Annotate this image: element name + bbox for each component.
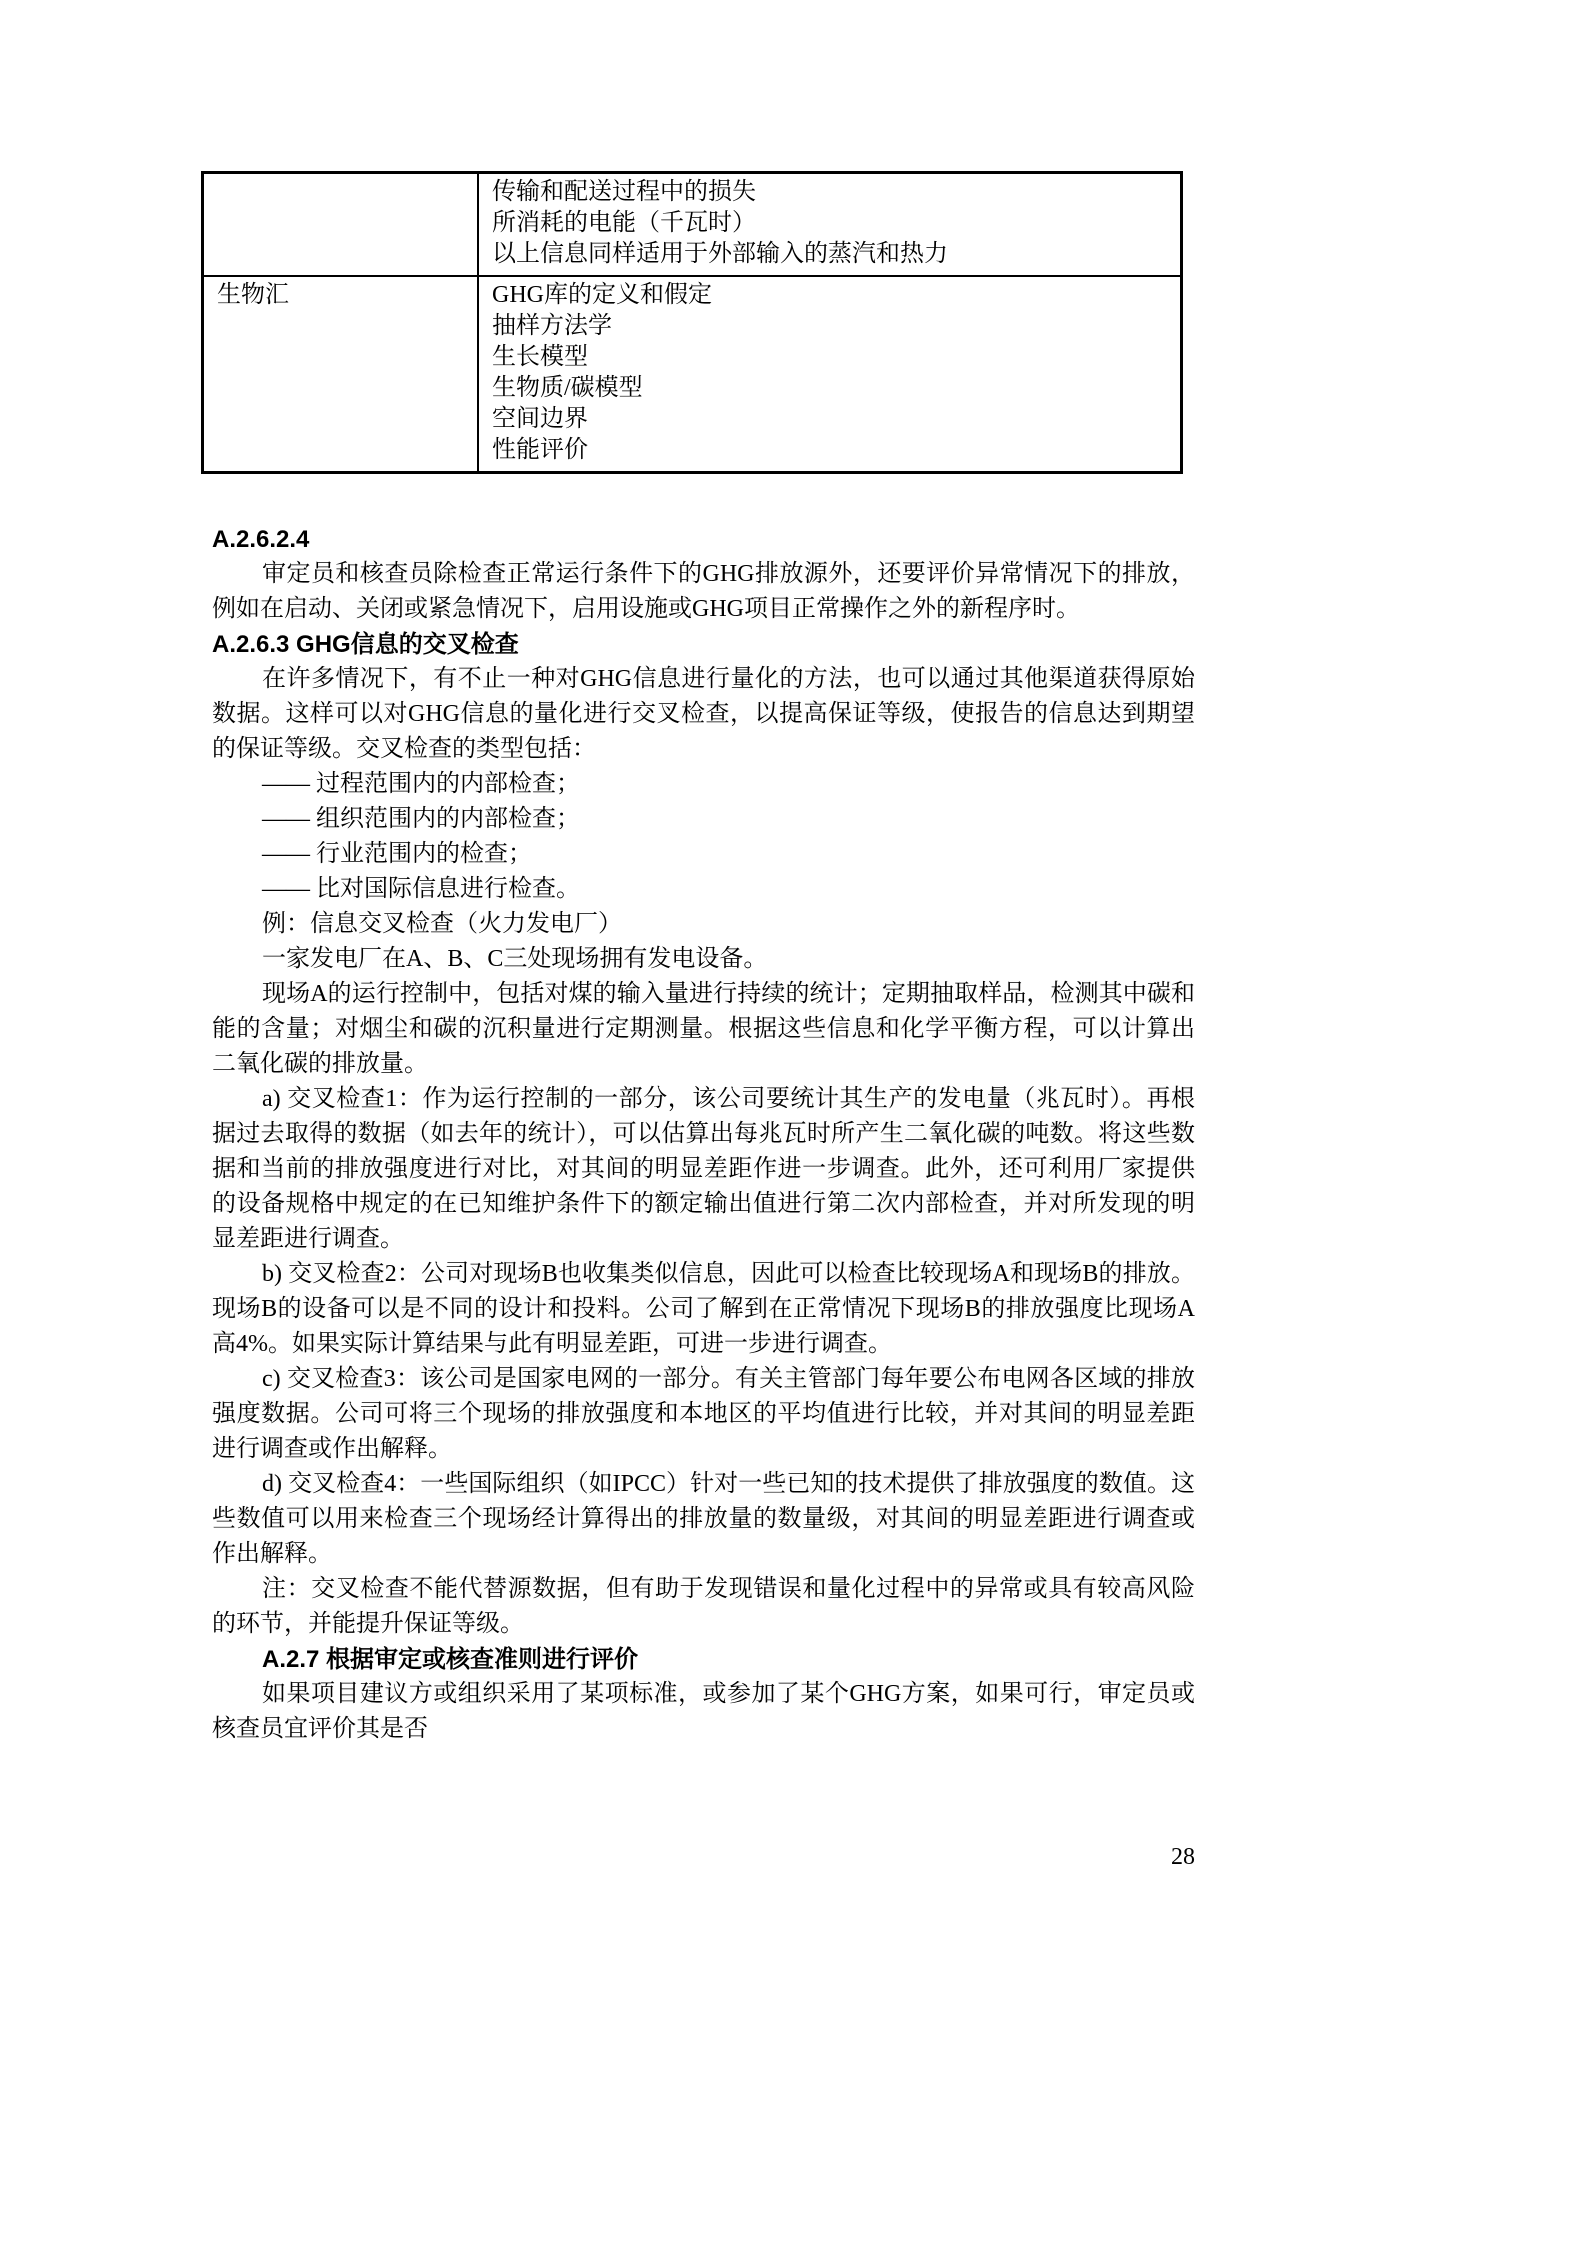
table-cell-line: 所消耗的电能（千瓦时） [492, 208, 1172, 239]
paragraph-cross-check-1: a) 交叉检查1：作为运行控制的一部分，该公司要统计其生产的发电量（兆瓦时）。再… [212, 1082, 1195, 1257]
paragraph-cross-check-3: c) 交叉检查3：该公司是国家电网的一部分。有关主管部门每年要公布电网各区域的排… [212, 1362, 1195, 1467]
paragraph-cross-check-4: d) 交叉检查4：一些国际组织（如IPCC）针对一些已知的技术提供了排放强度的数… [212, 1467, 1195, 1572]
table-cell-line: 传输和配送过程中的损失 [492, 177, 1172, 208]
example-line: 一家发电厂在A、B、C三处现场拥有发电设备。 [212, 942, 1195, 977]
table-cell-line: 以上信息同样适用于外部输入的蒸汽和热力 [492, 239, 1172, 270]
page-content: 传输和配送过程中的损失 所消耗的电能（千瓦时） 以上信息同样适用于外部输入的蒸汽… [212, 171, 1195, 1747]
ghg-info-table: 传输和配送过程中的损失 所消耗的电能（千瓦时） 以上信息同样适用于外部输入的蒸汽… [201, 171, 1183, 474]
row-label-cell [203, 173, 479, 277]
section-heading-a263: A.2.6.3 GHG信息的交叉检查 [212, 627, 1195, 662]
paragraph-cross-check-2: b) 交叉检查2：公司对现场B也收集类似信息，因此可以检查比较现场A和现场B的排… [212, 1257, 1195, 1362]
dash-list-item: —— 比对国际信息进行检查。 [212, 872, 1195, 907]
table-cell-line: 性能评价 [492, 435, 1172, 466]
paragraph: 审定员和核查员除检查正常运行条件下的GHG排放源外，还要评价异常情况下的排放，例… [212, 557, 1195, 627]
document-page: 传输和配送过程中的损失 所消耗的电能（千瓦时） 以上信息同样适用于外部输入的蒸汽… [0, 0, 1587, 2245]
row-label-cell: 生物汇 [203, 276, 479, 473]
paragraph-note: 注：交叉检查不能代替源数据，但有助于发现错误和量化过程中的异常或具有较高风险的环… [212, 1572, 1195, 1642]
table-cell-label: 生物汇 [217, 280, 469, 311]
table-cell-line: 生物质/碳模型 [492, 373, 1172, 404]
section-heading-a2624: A.2.6.2.4 [212, 522, 1195, 557]
paragraph: 如果项目建议方或组织采用了某项标准，或参加了某个GHG方案，如果可行，审定员或核… [212, 1677, 1195, 1747]
table-cell-line: 抽样方法学 [492, 311, 1172, 342]
table-cell-line: 空间边界 [492, 404, 1172, 435]
table-cell-line: 生长模型 [492, 342, 1172, 373]
page-number: 28 [212, 1842, 1195, 1872]
table-cell-line: GHG库的定义和假定 [492, 280, 1172, 311]
row-content-cell: 传输和配送过程中的损失 所消耗的电能（千瓦时） 以上信息同样适用于外部输入的蒸汽… [478, 173, 1182, 277]
dash-list-item: —— 过程范围内的内部检查； [212, 767, 1195, 802]
section-heading-a27: A.2.7 根据审定或核查准则进行评价 [212, 1642, 1195, 1677]
dash-list-item: —— 组织范围内的内部检查； [212, 802, 1195, 837]
dash-list-item: —— 行业范围内的检查； [212, 837, 1195, 872]
paragraph: 现场A的运行控制中，包括对煤的输入量进行持续的统计；定期抽取样品，检测其中碳和能… [212, 977, 1195, 1082]
paragraph: 在许多情况下，有不止一种对GHG信息进行量化的方法，也可以通过其他渠道获得原始数… [212, 662, 1195, 767]
row-content-cell: GHG库的定义和假定 抽样方法学 生长模型 生物质/碳模型 空间边界 性能评价 [478, 276, 1182, 473]
body-text: A.2.6.2.4 审定员和核查员除检查正常运行条件下的GHG排放源外，还要评价… [212, 522, 1195, 1747]
example-caption: 例：信息交叉检查（火力发电厂） [212, 907, 1195, 942]
table-row: 传输和配送过程中的损失 所消耗的电能（千瓦时） 以上信息同样适用于外部输入的蒸汽… [203, 173, 1182, 277]
table-row: 生物汇 GHG库的定义和假定 抽样方法学 生长模型 生物质/碳模型 空间边界 性… [203, 276, 1182, 473]
